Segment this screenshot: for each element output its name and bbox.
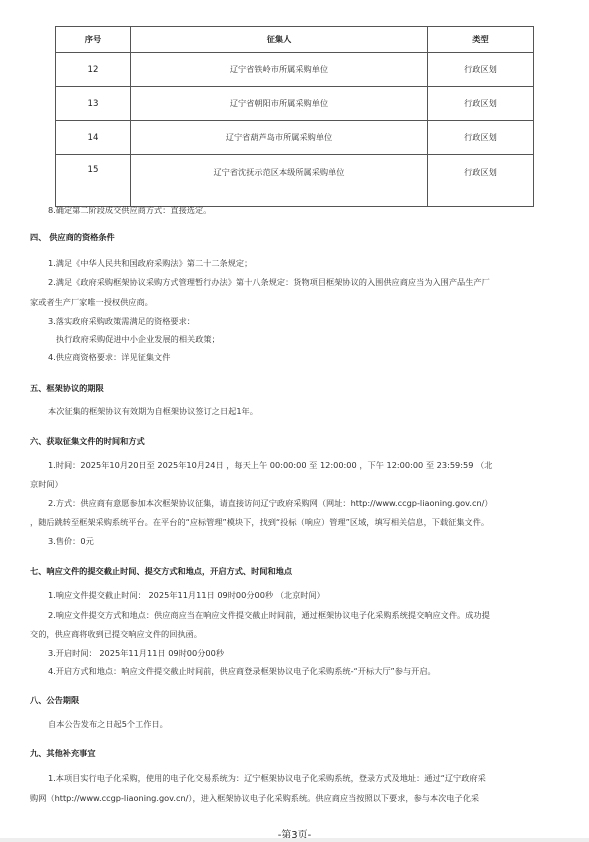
section-8-heading: 八、公告期限 [30, 695, 79, 706]
cell-collector: 辽宁省葫芦岛市所属采购单位 [131, 121, 428, 155]
cell-serial: 13 [56, 87, 131, 121]
section-6-line-1a: 1.时间：2025年10月20日至 2025年10月24日 ，每天上午 00:0… [48, 460, 492, 471]
item-8-text: 8.确定第二阶段成交供应商方式：直接选定。 [48, 205, 211, 216]
section-4-line-1: 1.满足《中华人民共和国政府采购法》第二十二条规定； [48, 258, 252, 269]
cell-serial: 12 [56, 53, 131, 87]
table-row: 14 辽宁省葫芦岛市所属采购单位 行政区划 [56, 121, 534, 155]
table-header-row: 序号 征集人 类型 [56, 27, 534, 53]
table-row: 15 辽宁省沈抚示范区本级所属采购单位 行政区划 [56, 155, 534, 207]
section-5-heading: 五、框架协议的期限 [30, 383, 104, 394]
section-7-heading: 七、响应文件的提交截止时间、提交方式和地点，开启方式、时间和地点 [30, 566, 292, 577]
cell-type: 行政区划 [428, 87, 534, 121]
section-4-line-4: 4.供应商资格要求：详见征集文件 [48, 352, 170, 363]
section-9-line-1b: 购网（http://www.ccgp-liaoning.gov.cn/），进入框… [30, 793, 479, 804]
header-serial: 序号 [56, 27, 131, 53]
section-7-line-1: 1.响应文件提交截止时间： 2025年11月11日 09时00分00秒 （北京时… [48, 590, 325, 601]
section-7-line-2a: 2.响应文件提交方式和地点：供应商应当在响应文件提交截止时间前，通过框架协议电子… [48, 610, 490, 621]
cell-serial: 14 [56, 121, 131, 155]
section-6-heading: 六、获取征集文件的时间和方式 [30, 436, 145, 447]
cell-type: 行政区划 [428, 155, 534, 207]
section-4-heading: 四、 供应商的资格条件 [30, 232, 115, 243]
cell-collector: 辽宁省沈抚示范区本级所属采购单位 [131, 155, 428, 207]
page-bottom-edge [0, 838, 589, 842]
section-7-line-4: 4.开启方式和地点：响应文件提交截止时间前，供应商登录框架协议电子化采购系统-“… [48, 666, 436, 677]
section-7-line-3: 3.开启时间： 2025年11月11日 09时00分00秒 [48, 648, 224, 659]
cell-serial: 15 [56, 155, 131, 207]
section-4-line-2a: 2.满足《政府采购框架协议采购方式管理暂行办法》第十八条规定：货物项目框架协议的… [48, 277, 490, 288]
section-8-line-1: 自本公告发布之日起5个工作日。 [48, 719, 168, 730]
header-type: 类型 [428, 27, 534, 53]
section-6-line-2a: 2.方式：供应商有意愿参加本次框架协议征集，请直接访问辽宁政府采购网（网址：ht… [48, 498, 493, 509]
section-4-line-2b: 家或者生产厂家唯一授权供应商。 [30, 297, 153, 308]
collector-table: 序号 征集人 类型 12 辽宁省铁岭市所属采购单位 行政区划 13 辽宁省朝阳市… [55, 26, 534, 207]
cell-type: 行政区划 [428, 121, 534, 155]
section-6-line-3: 3.售价：0元 [48, 536, 94, 547]
cell-collector: 辽宁省铁岭市所属采购单位 [131, 53, 428, 87]
section-4-line-3: 3.落实政府采购政策需满足的资格要求： [48, 316, 195, 327]
section-5-line-1: 本次征集的框架协议有效期为自框架协议签订之日起1年。 [48, 406, 258, 417]
table-row: 12 辽宁省铁岭市所属采购单位 行政区划 [56, 53, 534, 87]
header-collector: 征集人 [131, 27, 428, 53]
section-4-line-3a: 执行政府采购促进中小企业发展的相关政策； [56, 334, 220, 345]
cell-collector: 辽宁省朝阳市所属采购单位 [131, 87, 428, 121]
section-9-heading: 九、其他补充事宜 [30, 748, 96, 759]
section-6-line-2b: ，随后跳转至框架采购系统平台。在平台的“应标管理”模块下，找到“投标（响应）管理… [30, 517, 489, 528]
cell-type: 行政区划 [428, 53, 534, 87]
section-7-line-2b: 交的，供应商将收到已提交响应文件的回执函。 [30, 629, 202, 640]
section-6-line-1b: 京时间） [30, 479, 63, 490]
table-row: 13 辽宁省朝阳市所属采购单位 行政区划 [56, 87, 534, 121]
section-9-line-1a: 1.本项目实行电子化采购，使用的电子化交易系统为：辽宁框架协议电子化采购系统，登… [48, 773, 486, 784]
